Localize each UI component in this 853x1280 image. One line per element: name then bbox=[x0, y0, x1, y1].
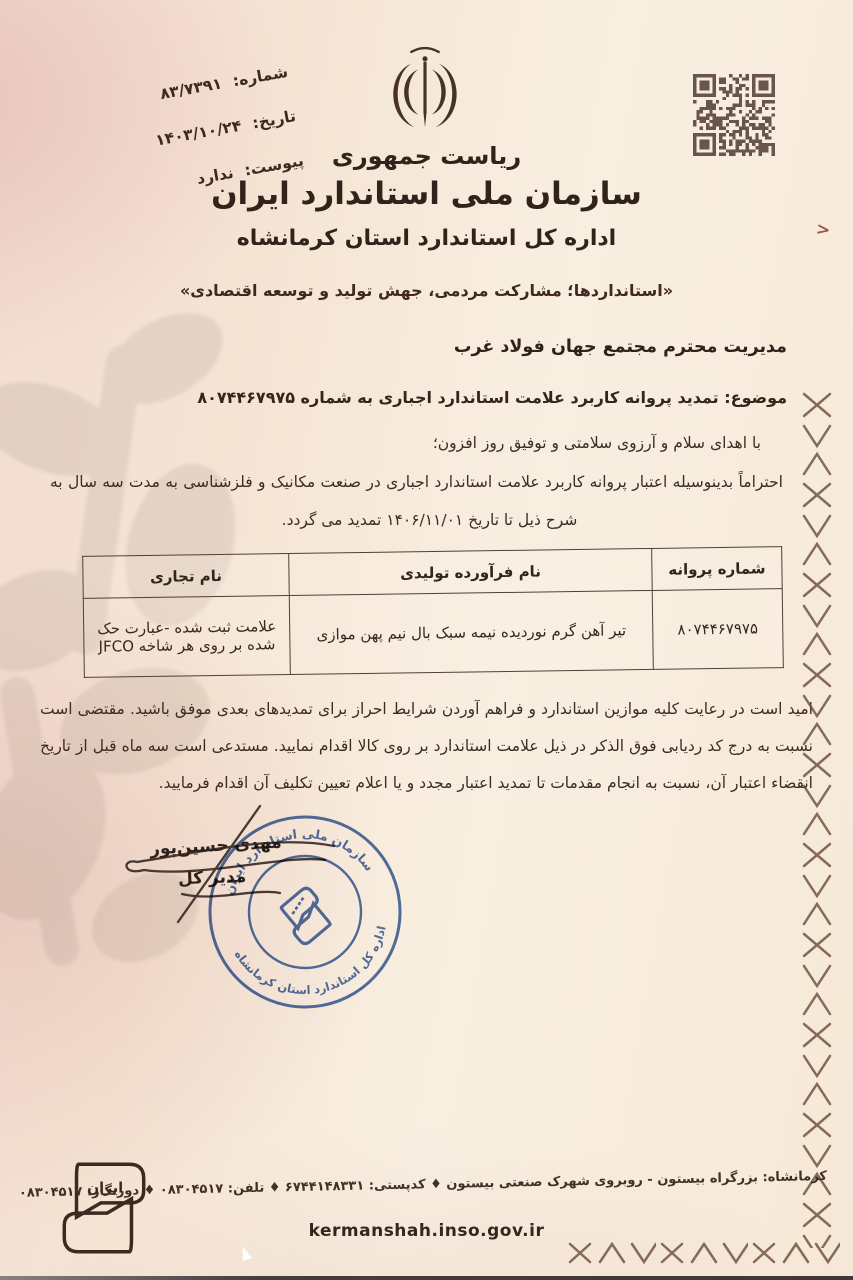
footer-website: kermanshah.inso.gov.ir bbox=[0, 1221, 853, 1241]
subject-line: موضوع: تمدید پروانه کاربرد علامت استاندا… bbox=[197, 388, 787, 407]
svg-text:اداره کل استاندارد استان کرمان: اداره کل استاندارد استان کرمانشاه bbox=[231, 922, 398, 1009]
chevron-artifact: < bbox=[815, 219, 832, 241]
closing-paragraph: امید است در رعایت کلیه موازین استاندارد … bbox=[40, 691, 813, 802]
isiri-logo-icon: ایران bbox=[48, 1152, 160, 1264]
qr-code bbox=[693, 74, 775, 156]
cell-product-name: تیر آهن گرم نوردیده نیمه سبک بال نیم پهن… bbox=[289, 590, 653, 674]
cuneiform-border-bottom bbox=[564, 1240, 840, 1266]
official-stamp-icon: سازمان ملی استاندارد ایران اداره کل استا… bbox=[189, 796, 421, 1028]
iran-national-emblem-icon bbox=[381, 44, 469, 142]
table-row: ۸۰۷۴۴۶۷۹۷۵ تیر آهن گرم نوردیده نیمه سبک … bbox=[83, 589, 783, 678]
footer-address: کرمانشاه: بزرگراه بیستون - روبروی شهرک ص… bbox=[150, 1169, 827, 1198]
cell-license-number: ۸۰۷۴۴۶۷۹۷۵ bbox=[652, 589, 783, 670]
addressee-line: مدیریت محترم مجتمع جهان فولاد غرب bbox=[454, 337, 787, 357]
letter-date-label: تاریخ: bbox=[251, 107, 297, 132]
header-trade-name: نام تجاری bbox=[83, 554, 290, 599]
header-organization: سازمان ملی استاندارد ایران bbox=[0, 176, 853, 212]
cuneiform-border-right bbox=[796, 390, 838, 1248]
header-license-number: شماره پروانه bbox=[652, 547, 783, 591]
cell-trade-name: علامت ثبت شده -عبارت حک شده بر روی هر شا… bbox=[83, 596, 290, 678]
greeting-line: با اهدای سلام و آرزوی سلامتی و توفیق روز… bbox=[433, 434, 761, 452]
letter-number-label: شماره: bbox=[231, 63, 289, 90]
letter-number-value: ۸۳/۷۳۹۱ bbox=[159, 74, 224, 103]
header-provincial-office: اداره کل استاندارد استان کرمانشاه bbox=[0, 226, 853, 251]
license-table: شماره پروانه نام فرآورده تولیدی نام تجار… bbox=[82, 546, 784, 678]
scanned-letter-page: شماره: ۸۳/۷۳۹۱ تاریخ: ۱۴۰۳/۱۰/۲۴ پیوست: … bbox=[0, 0, 853, 1280]
slogan-line: «استانداردها؛ مشارکت مردمی، جهش تولید و … bbox=[0, 281, 853, 300]
header-product-name: نام فرآورده تولیدی bbox=[289, 548, 652, 595]
body-paragraph: احتراماً بدینوسیله اعتبار پروانه کاربرد … bbox=[50, 463, 809, 539]
stamp-bottom-text: اداره کل استاندارد استان کرمانشاه bbox=[231, 922, 398, 1009]
scan-artifact bbox=[238, 1245, 252, 1261]
scan-bottom-edge bbox=[0, 1276, 853, 1280]
